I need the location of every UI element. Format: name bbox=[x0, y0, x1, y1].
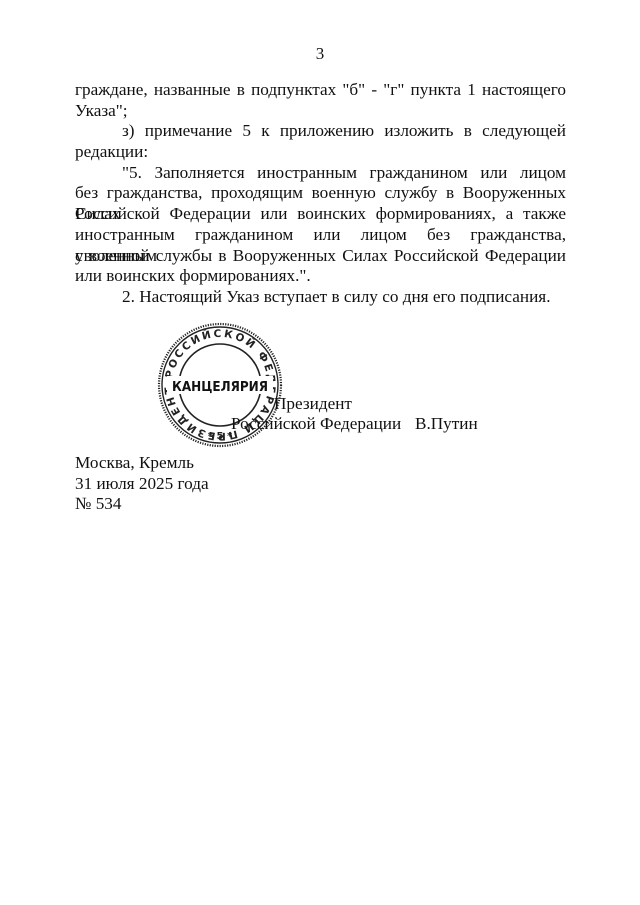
text-line: Указа"; bbox=[75, 101, 566, 122]
text-line: Российской Федерации или воинских формир… bbox=[75, 204, 566, 225]
signature-title-president: Президент bbox=[274, 394, 352, 415]
text-line: без гражданства, проходящим военную служ… bbox=[75, 183, 566, 204]
text-line: с военной службы в Вооруженных Силах Рос… bbox=[75, 246, 566, 267]
svg-text:КАНЦЕЛЯРИЯ: КАНЦЕЛЯРИЯ bbox=[172, 379, 268, 395]
text-line: редакции: bbox=[75, 142, 566, 163]
date: 31 июля 2025 года bbox=[75, 474, 209, 495]
decree-number: № 534 bbox=[75, 494, 209, 515]
page-number: 3 bbox=[0, 44, 640, 64]
text-line: 2. Настоящий Указ вступает в силу со дня… bbox=[75, 287, 566, 308]
signature-title-federation: Российской Федерации bbox=[231, 414, 401, 435]
text-line: з) примечание 5 к приложению изложить в … bbox=[75, 121, 566, 142]
svg-text:* 5 *: * 5 * bbox=[208, 431, 233, 442]
place-date-block: Москва, Кремль 31 июля 2025 года № 534 bbox=[75, 453, 209, 515]
signatory-name: В.Путин bbox=[415, 414, 478, 435]
place: Москва, Кремль bbox=[75, 453, 209, 474]
text-line: или воинских формированиях.". bbox=[75, 266, 566, 287]
text-line: граждане, названные в подпунктах "б" - "… bbox=[75, 80, 566, 101]
text-line: "5. Заполняется иностранным гражданином … bbox=[75, 163, 566, 184]
decree-body: граждане, названные в подпунктах "б" - "… bbox=[75, 80, 566, 308]
text-line: иностранным гражданином или лицом без гр… bbox=[75, 225, 566, 246]
